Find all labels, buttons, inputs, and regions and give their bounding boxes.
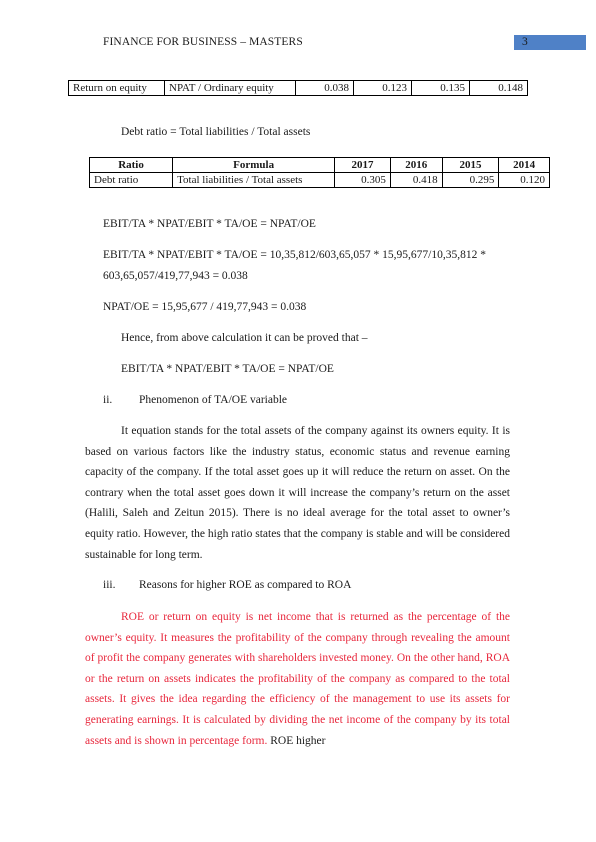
debt-ratio-table: Ratio Formula 2017 2016 2015 2014 Debt r… <box>89 157 550 188</box>
section-heading-ii: ii.Phenomenon of TA/OE variable <box>103 394 287 406</box>
column-header: 2017 <box>335 158 391 173</box>
column-header: Ratio <box>90 158 173 173</box>
table-row: Return on equity NPAT / Ordinary equity … <box>69 81 528 96</box>
column-header: Formula <box>173 158 335 173</box>
column-header: 2015 <box>442 158 499 173</box>
equation-npat-oe: NPAT/OE = 15,95,677 / 419,77,943 = 0.038 <box>103 301 306 313</box>
table-cell: 0.295 <box>442 173 499 188</box>
table-cell: 0.148 <box>470 81 528 96</box>
paragraph-roe-vs-roa: ROE or return on equity is net income th… <box>85 607 510 751</box>
table-cell: 0.120 <box>499 173 550 188</box>
table-row: Debt ratio Total liabilities / Total ass… <box>90 173 550 188</box>
conclusion-text: Hence, from above calculation it can be … <box>121 332 368 344</box>
highlighted-text: ROE or return on equity is net income th… <box>85 611 510 747</box>
table-cell: 0.038 <box>296 81 354 96</box>
column-header: 2016 <box>390 158 442 173</box>
paragraph-continuation: ROE higher <box>270 735 325 747</box>
section-heading-iii: iii.Reasons for higher ROE as compared t… <box>103 579 351 591</box>
column-header: 2014 <box>499 158 550 173</box>
table-cell: 0.305 <box>335 173 391 188</box>
section-title: Reasons for higher ROE as compared to RO… <box>139 579 351 591</box>
table-cell: 0.418 <box>390 173 442 188</box>
equation-expanded-line1: EBIT/TA * NPAT/EBIT * TA/OE = 10,35,812/… <box>103 249 486 261</box>
paragraph-ta-oe: It equation stands for the total assets … <box>85 421 510 565</box>
table-cell: 0.123 <box>354 81 412 96</box>
equation-proved: EBIT/TA * NPAT/EBIT * TA/OE = NPAT/OE <box>121 363 334 375</box>
table-cell: 0.135 <box>412 81 470 96</box>
debt-ratio-formula: Debt ratio = Total liabilities / Total a… <box>121 126 310 138</box>
table-cell: NPAT / Ordinary equity <box>165 81 296 96</box>
section-title: Phenomenon of TA/OE variable <box>139 394 287 406</box>
equation-identity: EBIT/TA * NPAT/EBIT * TA/OE = NPAT/OE <box>103 218 316 230</box>
running-header-title: FINANCE FOR BUSINESS – MASTERS <box>103 36 303 48</box>
section-number: iii. <box>103 579 139 591</box>
table-header-row: Ratio Formula 2017 2016 2015 2014 <box>90 158 550 173</box>
table-cell: Debt ratio <box>90 173 173 188</box>
equation-expanded-line2: 603,65,057/419,77,943 = 0.038 <box>103 270 248 282</box>
table-cell: Total liabilities / Total assets <box>173 173 335 188</box>
page-number-badge: 3 <box>514 35 586 50</box>
roe-table: Return on equity NPAT / Ordinary equity … <box>68 80 528 96</box>
table-cell: Return on equity <box>69 81 165 96</box>
section-number: ii. <box>103 394 139 406</box>
